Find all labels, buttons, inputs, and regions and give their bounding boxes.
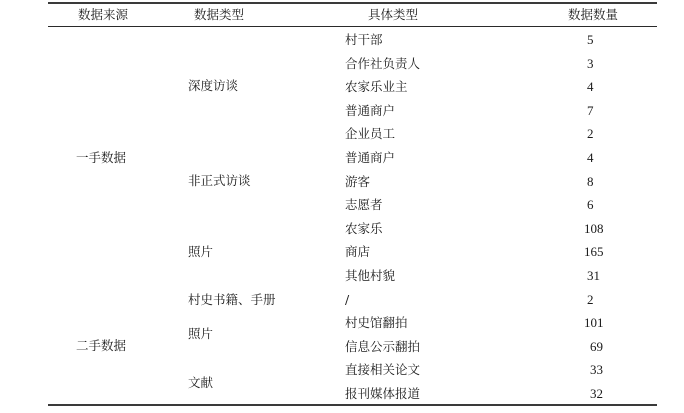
count-cell: 4 (587, 79, 594, 95)
count-cell: 33 (590, 362, 603, 378)
count-cell: 8 (587, 174, 594, 190)
count-cell: 3 (587, 56, 594, 72)
type-photos-primary: 照片 (188, 244, 213, 260)
source-secondary: 二手数据 (76, 338, 126, 354)
subtype-cell: 游客 (345, 174, 370, 190)
count-cell: 101 (584, 315, 604, 331)
subtype-cell: / (345, 292, 349, 308)
subtype-cell: 合作社负责人 (345, 56, 420, 72)
subtype-cell: 普通商户 (345, 150, 395, 166)
header-data-type: 数据类型 (194, 7, 244, 23)
count-cell: 165 (584, 244, 604, 260)
subtype-cell: 其他村貌 (345, 268, 395, 284)
subtype-cell: 志愿者 (345, 197, 383, 213)
count-cell: 5 (587, 32, 594, 48)
subtype-cell: 村干部 (345, 32, 383, 48)
header-specific-type: 具体类型 (368, 7, 418, 23)
type-village-history-books: 村史书籍、手册 (188, 292, 276, 308)
subtype-cell: 农家乐业主 (345, 79, 408, 95)
count-cell: 32 (590, 386, 603, 402)
count-cell: 108 (584, 221, 604, 237)
count-cell: 69 (590, 339, 603, 355)
data-sources-table: 数据来源 数据类型 具体类型 数据数量 一手数据 二手数据 深度访谈 非正式访谈… (48, 2, 657, 406)
type-in-depth-interview: 深度访谈 (188, 78, 238, 94)
subtype-cell: 农家乐 (345, 221, 383, 237)
count-cell: 4 (587, 150, 594, 166)
source-primary: 一手数据 (76, 150, 126, 166)
subtype-cell: 普通商户 (345, 103, 395, 119)
table-header-rule (48, 26, 657, 27)
subtype-cell: 商店 (345, 244, 370, 260)
type-photos-secondary: 照片 (188, 326, 213, 342)
count-cell: 2 (587, 292, 594, 308)
type-informal-interview: 非正式访谈 (188, 173, 251, 189)
count-cell: 2 (587, 126, 594, 142)
type-literature: 文献 (188, 375, 213, 391)
header-data-source: 数据来源 (78, 7, 128, 23)
count-cell: 6 (587, 197, 594, 213)
subtype-cell: 信息公示翻拍 (345, 339, 420, 355)
subtype-cell: 报刊媒体报道 (345, 386, 420, 402)
header-data-count: 数据数量 (568, 7, 618, 23)
subtype-cell: 企业员工 (345, 126, 395, 142)
table-top-rule (48, 2, 657, 4)
count-cell: 7 (587, 103, 594, 119)
count-cell: 31 (587, 268, 600, 284)
subtype-cell: 直接相关论文 (345, 362, 420, 378)
table-bottom-rule (48, 404, 657, 406)
subtype-cell: 村史馆翻拍 (345, 315, 408, 331)
